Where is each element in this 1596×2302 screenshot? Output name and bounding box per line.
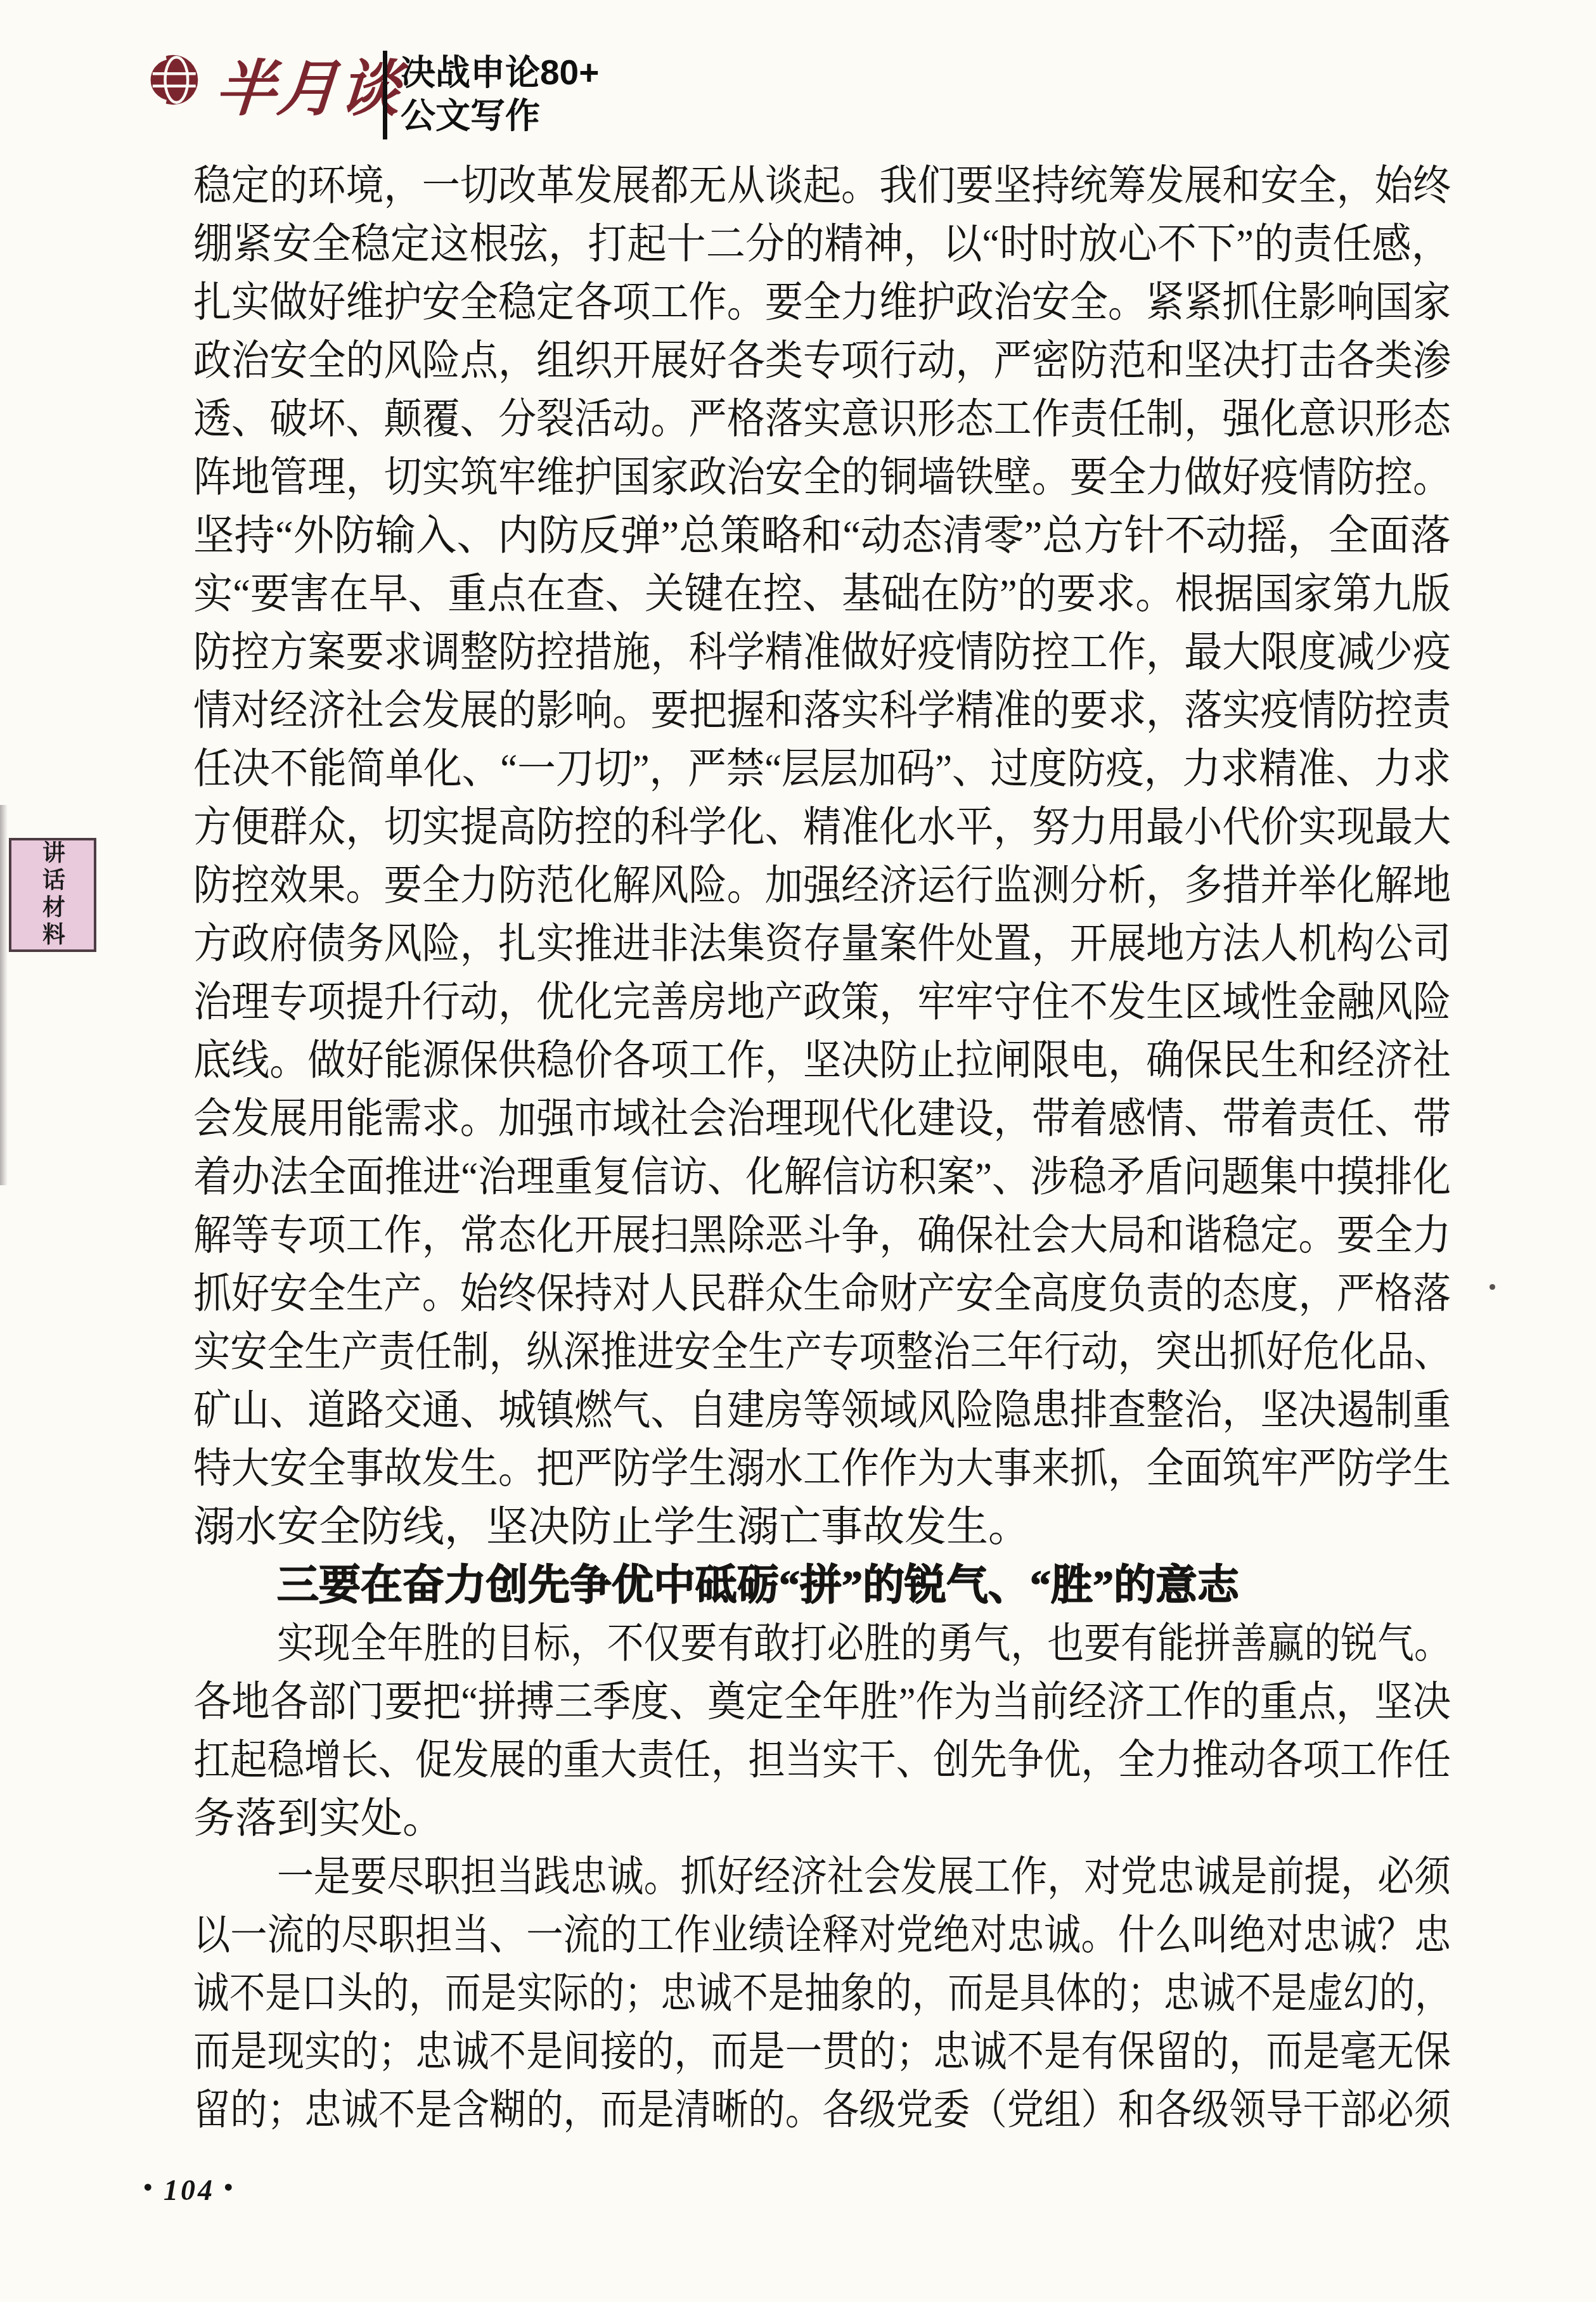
text-line: 务落到实处。 (193, 1790, 1451, 1848)
text-line: 稳定的环境，一切改革发展都无从谈起。我们要坚持统筹发展和安全，始终 (193, 157, 1451, 215)
text-line: 解等专项工作，常态化开展扫黑除恶斗争，确保社会大局和谐稳定。要全力 (193, 1207, 1451, 1265)
chapter-tab-label: 讲话材料 (37, 840, 69, 949)
text-line: 三要在奋力创先争优中砥砺“拼”的锐气、“胜”的意志 (193, 1557, 1451, 1615)
text-line: 绷紧安全稳定这根弦，打起十二分的精神，以“时时放心不下”的责任感， (193, 215, 1451, 274)
text-line: 底线。做好能源保供稳价各项工作，坚决防止拉闸限电，确保民生和经济社 (193, 1032, 1451, 1090)
scan-shadow-artifact (0, 805, 8, 1185)
text-line: 任决不能简单化、“一刀切”，严禁“层层加码”、过度防疫，力求精准、力求 (193, 740, 1451, 799)
body-text-block: 稳定的环境，一切改革发展都无从谈起。我们要坚持统筹发展和安全，始终绷紧安全稳定这… (193, 157, 1451, 2140)
text-line: 透、破坏、颠覆、分裂活动。严格落实意识形态工作责任制，强化意识形态 (193, 390, 1451, 449)
text-line: 方政府债务风险，扎实推进非法集资存量案件处置，开展地方法人机构公司 (193, 915, 1451, 974)
text-line: 方便群众，切实提高防控的科学化、精准化水平，努力用最小代价实现最大 (193, 799, 1451, 857)
page-number-left-dot: • (134, 2173, 164, 2202)
text-line: 情对经济社会发展的影响。要把握和落实科学精准的要求，落实疫情防控责 (193, 682, 1451, 740)
text-line: 特大安全事故发生。把严防学生溺水工作作为大事来抓，全面筑牢严防学生 (193, 1440, 1451, 1498)
globe-icon (145, 53, 202, 106)
text-line: 留的；忠诚不是含糊的，而是清晰的。各级党委（党组）和各级领导干部必须 (193, 2081, 1451, 2140)
text-line: 坚持“外防输入、内防反弹”总策略和“动态清零”总方针不动摇，全面落 (193, 507, 1451, 565)
series-title: 决战申论80+ 公文写作 (401, 51, 599, 137)
text-line: 各地各部门要把“拼搏三季度、奠定全年胜”作为当前经济工作的重点，坚决 (193, 1673, 1451, 1732)
page-number-right-dot: • (215, 2173, 244, 2202)
page-number: •104• (134, 2173, 244, 2207)
chapter-tab: 讲话材料 (9, 838, 96, 952)
text-line: 扛起稳增长、促发展的重大责任，担当实干、创先争优，全力推动各项工作任 (193, 1732, 1451, 1790)
text-line: 着办法全面推进“治理重复信访、化解信访积案”、涉稳矛盾问题集中摸排化 (193, 1148, 1451, 1207)
text-line: 以一流的尽职担当、一流的工作业绩诠释对党绝对忠诚。什么叫绝对忠诚？忠 (193, 1907, 1451, 1965)
text-line: 扎实做好维护安全稳定各项工作。要全力维护政治安全。紧紧抓住影响国家 (193, 274, 1451, 332)
text-line: 一是要尽职担当践忠诚。抓好经济社会发展工作，对党忠诚是前提，必须 (193, 1848, 1451, 1907)
scanned-book-page: 半月谈 决战申论80+ 公文写作 讲话材料 稳定的环境，一切改革发展都无从谈起。… (0, 0, 1596, 2302)
series-title-line2: 公文写作 (401, 94, 599, 137)
series-title-line1: 决战申论80+ (401, 51, 599, 94)
ink-dot-artifact (1490, 1284, 1495, 1290)
text-line: 阵地管理，切实筑牢维护国家政治安全的铜墙铁壁。要全力做好疫情防控。 (193, 449, 1451, 507)
text-line: 政治安全的风险点，组织开展好各类专项行动，严密防范和坚决打击各类渗 (193, 332, 1451, 390)
text-line: 溺水安全防线，坚决防止学生溺亡事故发生。 (193, 1498, 1451, 1557)
text-line: 防控效果。要全力防范化解风险。加强经济运行监测分析，多措并举化解地 (193, 857, 1451, 915)
text-line: 会发展用能需求。加强市域社会治理现代化建设，带着感情、带着责任、带 (193, 1090, 1451, 1148)
header-divider (383, 51, 387, 139)
text-line: 实安全生产责任制，纵深推进安全生产专项整治三年行动，突出抓好危化品、 (193, 1323, 1451, 1382)
text-line: 抓好安全生产。始终保持对人民群众生命财产安全高度负责的态度，严格落 (193, 1265, 1451, 1323)
brand-wordmark: 半月谈 (212, 41, 405, 127)
text-line: 诚不是口头的，而是实际的；忠诚不是抽象的，而是具体的；忠诚不是虚幻的， (193, 1965, 1451, 2023)
text-line: 实现全年胜的目标，不仅要有敢打必胜的勇气，也要有能拼善赢的锐气。 (193, 1615, 1451, 1673)
text-line: 实“要害在早、重点在查、关键在控、基础在防”的要求。根据国家第九版 (193, 565, 1451, 624)
text-line: 矿山、道路交通、城镇燃气、自建房等领域风险隐患排查整治，坚决遏制重 (193, 1382, 1451, 1440)
page-number-value: 104 (164, 2174, 215, 2206)
text-line: 治理专项提升行动，优化完善房地产政策，牢牢守住不发生区域性金融风险 (193, 974, 1451, 1032)
text-line: 防控方案要求调整防控措施，科学精准做好疫情防控工作，最大限度减少疫 (193, 624, 1451, 682)
text-line: 而是现实的；忠诚不是间接的，而是一贯的；忠诚不是有保留的，而是毫无保 (193, 2023, 1451, 2081)
